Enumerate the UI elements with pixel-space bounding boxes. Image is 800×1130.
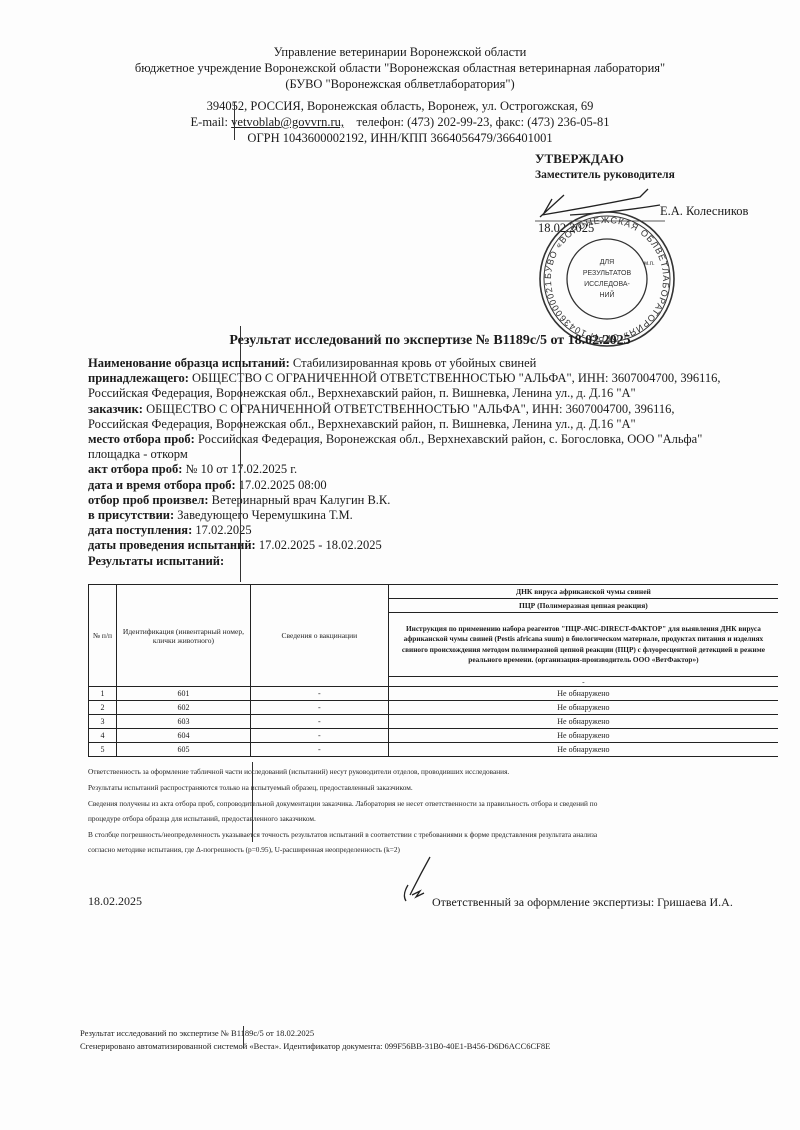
field-row: Российская Федерация, Воронежская обл., … — [88, 417, 636, 432]
field-row: дата поступления: 17.02.2025 — [88, 523, 252, 538]
field-row: Результаты испытаний: — [88, 554, 224, 569]
col-header-instruction: Инструкция по применению набора реагенто… — [388, 613, 778, 677]
field-value: Ветеринарный врач Калугин В.К. — [209, 493, 391, 507]
svg-text:НИЙ: НИЙ — [599, 290, 614, 299]
organization-stamp: БУВО «ВОРОНЕЖСКАЯ ОБЛВЕТЛАБОРАТОРИЯ» ОГР… — [538, 210, 676, 348]
cell-vaccination: - — [250, 729, 388, 743]
cell-result: Не обнаружено — [388, 743, 778, 757]
email-link[interactable]: vetvoblab@govvrn.ru, — [231, 115, 344, 129]
org-parent: Управление ветеринарии Воронежской облас… — [0, 45, 800, 60]
col-header-identification: Идентификация (инвентарный номер, клички… — [116, 585, 250, 687]
field-label: дата поступления: — [88, 523, 192, 537]
org-address: 394052, РОССИЯ, Воронежская область, Вор… — [0, 99, 800, 114]
table-row: 4604-Не обнаружено — [89, 729, 779, 743]
field-label: в присутствии: — [88, 508, 174, 522]
field-value: 17.02.2025 - 18.02.2025 — [256, 538, 382, 552]
scan-artifact-line — [240, 326, 241, 582]
scan-artifact-line — [243, 1026, 244, 1048]
email-label: E-mail: — [191, 115, 229, 129]
note-line: согласно методике испытания, где Δ-погре… — [88, 845, 778, 854]
scan-artifact-line — [234, 102, 235, 140]
field-label: отбор проб произвел: — [88, 493, 209, 507]
cell-result: Не обнаружено — [388, 715, 778, 729]
approval-position: Заместитель руководителя — [535, 169, 675, 181]
document-title: Результат исследований по экспертизе № B… — [0, 333, 800, 349]
cell-identification: 601 — [116, 687, 250, 701]
svg-text:ДЛЯ: ДЛЯ — [600, 259, 614, 266]
field-row: дата и время отбора проб: 17.02.2025 08:… — [88, 478, 327, 493]
field-row: место отбора проб: Российская Федерация,… — [88, 432, 702, 447]
field-row: принадлежащего: ОБЩЕСТВО С ОГРАНИЧЕННОЙ … — [88, 371, 721, 386]
org-full-name: бюджетное учреждение Воронежской области… — [0, 61, 800, 76]
field-value: Российская Федерация, Воронежская обл., … — [195, 432, 702, 446]
col-header-method: ПЦР (Полимеразная цепная реакция) — [388, 599, 778, 613]
cell-number: 4 — [89, 729, 117, 743]
cell-number: 2 — [89, 701, 117, 715]
results-table: № п/п Идентификация (инвентарный номер, … — [88, 584, 778, 757]
col-header-units: - — [388, 677, 778, 687]
org-short-name: (БУВО "Воронежская облветлаборатория") — [0, 77, 800, 92]
note-line: В столбце погрешность/неопределенность у… — [88, 830, 778, 839]
field-value: Российская Федерация, Воронежская обл., … — [88, 417, 636, 431]
cell-number: 1 — [89, 687, 117, 701]
svg-text:м.п.: м.п. — [644, 261, 655, 267]
field-label: Наименование образца испытаний: — [88, 356, 290, 370]
cell-vaccination: - — [250, 687, 388, 701]
field-value: Заведующего Черемушкина Т.М. — [174, 508, 353, 522]
phone-fax: телефон: (473) 202-99-23, факс: (473) 23… — [357, 115, 610, 129]
field-value: Российская Федерация, Воронежская обл., … — [88, 386, 636, 400]
col-header-target: ДНК вируса африканской чумы свиней — [388, 585, 778, 599]
field-row: акт отбора проб: № 10 от 17.02.2025 г. — [88, 462, 297, 477]
field-value: площадка - откорм — [88, 447, 188, 461]
footer-reference: Результат исследований по экспертизе № B… — [80, 1028, 314, 1039]
col-header-number: № п/п — [89, 585, 117, 687]
approval-title: УТВЕРЖДАЮ — [535, 151, 624, 167]
cell-identification: 605 — [116, 743, 250, 757]
field-row: Наименование образца испытаний: Стабилиз… — [88, 356, 536, 371]
table-row: 1601-Не обнаружено — [89, 687, 779, 701]
signoff-date: 18.02.2025 — [88, 894, 142, 909]
cell-identification: 602 — [116, 701, 250, 715]
field-row: даты проведения испытаний: 17.02.2025 - … — [88, 538, 382, 553]
field-row: заказчик: ОБЩЕСТВО С ОГРАНИЧЕННОЙ ОТВЕТС… — [88, 402, 675, 417]
field-row: в присутствии: Заведующего Черемушкина Т… — [88, 508, 353, 523]
cell-result: Не обнаружено — [388, 729, 778, 743]
field-label: место отбора проб: — [88, 432, 195, 446]
scan-artifact-line — [252, 762, 253, 842]
field-label: дата и время отбора проб: — [88, 478, 236, 492]
field-value: ОБЩЕСТВО С ОГРАНИЧЕННОЙ ОТВЕТСТВЕННОСТЬЮ… — [189, 371, 721, 385]
footer-generated-by: Сгенерировано автоматизированной системо… — [80, 1041, 550, 1052]
cell-number: 5 — [89, 743, 117, 757]
note-line: Ответственность за оформление табличной … — [88, 767, 778, 776]
field-row: площадка - откорм — [88, 447, 188, 462]
cell-identification: 604 — [116, 729, 250, 743]
cell-result: Не обнаружено — [388, 687, 778, 701]
field-value: 17.02.2025 08:00 — [236, 478, 327, 492]
cell-number: 3 — [89, 715, 117, 729]
cell-vaccination: - — [250, 701, 388, 715]
note-line: Результаты испытаний распространяются то… — [88, 783, 778, 792]
field-label: Результаты испытаний: — [88, 554, 224, 568]
cell-result: Не обнаружено — [388, 701, 778, 715]
svg-text:ИССЛЕДОВА-: ИССЛЕДОВА- — [584, 281, 630, 288]
field-label: даты проведения испытаний: — [88, 538, 256, 552]
org-registration: ОГРН 1043600002192, ИНН/КПП 3664056479/3… — [0, 131, 800, 146]
note-line: Сведения получены из акта отбора проб, с… — [88, 799, 778, 808]
cell-vaccination: - — [250, 715, 388, 729]
table-row: 3603-Не обнаружено — [89, 715, 779, 729]
field-row: Российская Федерация, Воронежская обл., … — [88, 386, 636, 401]
col-header-vaccination: Сведения о вакцинации — [250, 585, 388, 687]
cell-identification: 603 — [116, 715, 250, 729]
field-label: принадлежащего: — [88, 371, 189, 385]
field-label: заказчик: — [88, 402, 143, 416]
field-value: Стабилизированная кровь от убойных свине… — [290, 356, 537, 370]
field-value: 17.02.2025 — [192, 523, 251, 537]
responsible-person: Ответственный за оформление экспертизы: … — [432, 895, 733, 910]
svg-text:РЕЗУЛЬТАТОВ: РЕЗУЛЬТАТОВ — [583, 270, 632, 277]
table-row: 2602-Не обнаружено — [89, 701, 779, 715]
note-line: процедуре отбора образца для испытаний, … — [88, 814, 778, 823]
field-label: акт отбора проб: — [88, 462, 182, 476]
field-value: ОБЩЕСТВО С ОГРАНИЧЕННОЙ ОТВЕТСТВЕННОСТЬЮ… — [143, 402, 675, 416]
cell-vaccination: - — [250, 743, 388, 757]
table-row: 5605-Не обнаружено — [89, 743, 779, 757]
org-contacts: E-mail: vetvoblab@govvrn.ru, телефон: (4… — [0, 115, 800, 130]
